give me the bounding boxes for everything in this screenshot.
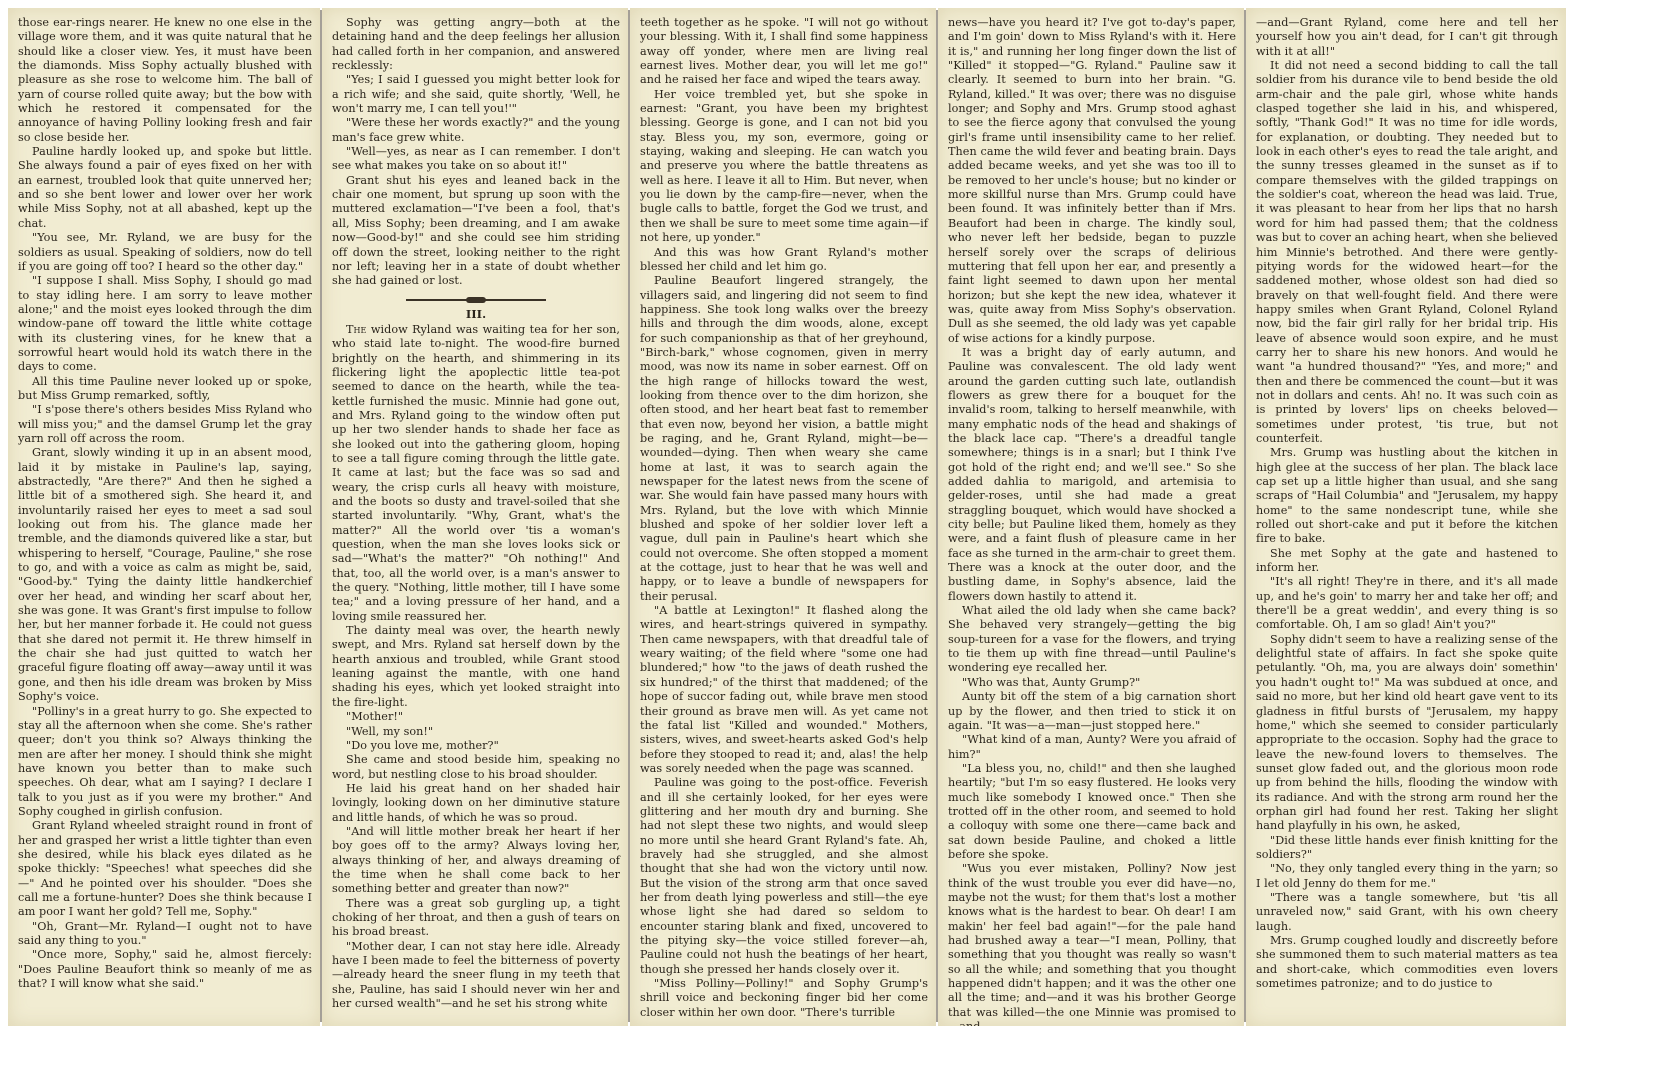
clipping-col-5: —and—Grant Ryland, come here and tell he… — [1246, 8, 1566, 1026]
paragraph-text: "Mother!" — [346, 710, 403, 723]
paragraph-text: "What kind of a man, Aunty? Were you afr… — [948, 733, 1236, 760]
paragraph-text: Her voice trembled yet, but she spoke in… — [640, 88, 928, 244]
paragraph-text: news—have you heard it? I've got to-day'… — [948, 16, 1236, 345]
paragraph: She came and stood beside him, speaking … — [332, 753, 620, 782]
paragraph: "Yes; I said I guessed you might better … — [332, 73, 620, 116]
column-divider — [1244, 10, 1246, 1022]
paragraph: "Wus you ever mistaken, Polliny? Now jes… — [948, 862, 1236, 1026]
paragraph: "Mother dear, I can not stay here idle. … — [332, 940, 620, 1012]
column-divider — [320, 10, 322, 1022]
paragraph: She met Sophy at the gate and hastened t… — [1256, 547, 1558, 576]
paragraph: —and—Grant Ryland, come here and tell he… — [1256, 16, 1558, 59]
paragraph-text: All this time Pauline never looked up or… — [18, 375, 312, 402]
paragraph: He laid his great hand on her shaded hai… — [332, 782, 620, 825]
paragraph: Pauline was going to the post-office. Fe… — [640, 776, 928, 977]
paragraph-text: Mrs. Grump coughed loudly and discreetly… — [1256, 934, 1558, 990]
paragraph: "There was a tangle somewhere, but 'tis … — [1256, 891, 1558, 934]
paragraph-text: Sophy was getting angry—both at the deta… — [332, 16, 620, 72]
paragraph: Grant Ryland wheeled straight round in f… — [18, 819, 312, 919]
paragraph-text: He laid his great hand on her shaded hai… — [332, 782, 620, 824]
section-rule — [406, 299, 546, 301]
paragraph-text: "I s'pose there's others besides Miss Ry… — [18, 403, 312, 445]
paragraph: What ailed the old lady when she came ba… — [948, 604, 1236, 676]
paragraph: "La bless you, no, child!" and then she … — [948, 762, 1236, 862]
paragraph-text: What ailed the old lady when she came ba… — [948, 604, 1236, 674]
paragraph: Mrs. Grump was hustling about the kitche… — [1256, 446, 1558, 546]
paragraph-text: Mrs. Grump was hustling about the kitche… — [1256, 446, 1558, 545]
paragraph-text: The dainty meal was over, the hearth new… — [332, 624, 620, 709]
column-2-text: Sophy was getting angry—both at the deta… — [332, 16, 620, 1026]
paragraph-text: "I suppose I shall. Miss Sophy, I should… — [18, 274, 312, 373]
paragraph-text: "Oh, Grant—Mr. Ryland—I ought not to hav… — [18, 920, 312, 947]
paragraph-text: "La bless you, no, child!" and then she … — [948, 762, 1236, 861]
paragraph-text: —and—Grant Ryland, come here and tell he… — [1256, 16, 1558, 58]
paragraph-text: Pauline Beaufort lingered strangely, the… — [640, 274, 928, 603]
clipping-col-3: teeth together as he spoke. "I will not … — [630, 8, 936, 1026]
paragraph-text: those ear-rings nearer. He knew no one e… — [18, 16, 312, 144]
column-4-text: news—have you heard it? I've got to-day'… — [948, 16, 1236, 1026]
paragraph-text: "Miss Polliny—Polliny!" and Sophy Grump'… — [640, 977, 928, 1019]
paragraph-text: "Once more, Sophy," said he, almost fier… — [18, 948, 312, 990]
paragraph: All this time Pauline never looked up or… — [18, 375, 312, 404]
column-divider — [936, 10, 938, 1022]
clipping-col-2: Sophy was getting angry—both at the deta… — [322, 8, 628, 1026]
column-1-text: those ear-rings nearer. He knew no one e… — [18, 16, 312, 1026]
paragraph-text: There was a great sob gurgling up, a tig… — [332, 897, 620, 939]
paragraph-text: "Mother dear, I can not stay here idle. … — [332, 940, 620, 1010]
paragraph: Sophy didn't seem to have a realizing se… — [1256, 633, 1558, 834]
paragraph: "No, they only tangled every thing in th… — [1256, 862, 1558, 891]
clipping-col-1: those ear-rings nearer. He knew no one e… — [8, 8, 320, 1026]
paragraph: "Well, my son!" — [332, 725, 620, 739]
paragraph: "It's all right! They're in there, and i… — [1256, 575, 1558, 632]
paragraph: Sophy was getting angry—both at the deta… — [332, 16, 620, 73]
paragraph-text: "Wus you ever mistaken, Polliny? Now jes… — [948, 862, 1236, 1026]
paragraph: "I s'pose there's others besides Miss Ry… — [18, 403, 312, 446]
paragraph-text: "There was a tangle somewhere, but 'tis … — [1256, 891, 1558, 933]
paragraph: Pauline Beaufort lingered strangely, the… — [640, 274, 928, 604]
paragraph-text: "Polliny's in a great hurry to go. She e… — [18, 705, 312, 818]
paragraph-text: "A battle at Lexington!" It flashed alon… — [640, 604, 928, 775]
paragraph-text: "Were these her words exactly?" and the … — [332, 116, 620, 143]
paragraph-text: Sophy didn't seem to have a realizing se… — [1256, 633, 1558, 832]
paragraph: "Who was that, Aunty Grump?" — [948, 676, 1236, 690]
paragraph: Aunty bit off the stem of a big carnatio… — [948, 690, 1236, 733]
paragraph-text: "Well—yes, as near as I can remember. I … — [332, 145, 620, 172]
paragraph: And this was how Grant Ryland's mother b… — [640, 246, 928, 275]
paragraph: "And will little mother break her heart … — [332, 825, 620, 897]
drop-lead-word: The — [346, 323, 366, 336]
paragraph: Grant shut his eyes and leaned back in t… — [332, 174, 620, 289]
paragraph: "Oh, Grant—Mr. Ryland—I ought not to hav… — [18, 920, 312, 949]
paragraph: those ear-rings nearer. He knew no one e… — [18, 16, 312, 145]
paragraph: "Well—yes, as near as I can remember. I … — [332, 145, 620, 174]
paragraph: news—have you heard it? I've got to-day'… — [948, 16, 1236, 346]
paragraph-text: It was a bright day of early autumn, and… — [948, 346, 1236, 603]
paragraph-text: "Do you love me, mother?" — [346, 739, 499, 752]
paragraph: "Did these little hands ever finish knit… — [1256, 834, 1558, 863]
paragraph-text: Pauline was going to the post-office. Fe… — [640, 776, 928, 975]
paragraph-text: "Well, my son!" — [346, 725, 433, 738]
paragraph: It did not need a second bidding to call… — [1256, 59, 1558, 446]
section-number: III. — [332, 307, 620, 321]
column-3-text: teeth together as he spoke. "I will not … — [640, 16, 928, 1026]
paragraph: Mrs. Grump coughed loudly and discreetly… — [1256, 934, 1558, 991]
paragraph-text: "Yes; I said I guessed you might better … — [332, 73, 620, 115]
column-divider — [628, 10, 630, 1022]
paragraph-text: She came and stood beside him, speaking … — [332, 753, 620, 780]
paragraph: teeth together as he spoke. "I will not … — [640, 16, 928, 88]
paragraph: "Once more, Sophy," said he, almost fier… — [18, 948, 312, 991]
paragraph-text: widow Ryland was waiting tea for her son… — [332, 323, 620, 623]
paragraph: Pauline hardly looked up, and spoke but … — [18, 145, 312, 231]
paragraph: Her voice trembled yet, but she spoke in… — [640, 88, 928, 246]
paragraph-text: "Did these little hands ever finish knit… — [1256, 834, 1558, 861]
paragraph: "You see, Mr. Ryland, we are busy for th… — [18, 231, 312, 274]
paragraph: It was a bright day of early autumn, and… — [948, 346, 1236, 604]
paragraph-text: "No, they only tangled every thing in th… — [1256, 862, 1558, 889]
paragraph: "Miss Polliny—Polliny!" and Sophy Grump'… — [640, 977, 928, 1020]
paragraph-text: "And will little mother break her heart … — [332, 825, 620, 895]
paragraph-text: Aunty bit off the stem of a big carnatio… — [948, 690, 1236, 732]
paragraph-text: teeth together as he spoke. "I will not … — [640, 16, 928, 86]
paragraph: The widow Ryland was waiting tea for her… — [332, 323, 620, 624]
paragraph-text: And this was how Grant Ryland's mother b… — [640, 246, 928, 273]
paragraph: Grant, slowly winding it up in an absent… — [18, 446, 312, 704]
paragraph-text: "Who was that, Aunty Grump?" — [962, 676, 1140, 689]
paragraph: "I suppose I shall. Miss Sophy, I should… — [18, 274, 312, 374]
paragraph: "Mother!" — [332, 710, 620, 724]
paragraph: "What kind of a man, Aunty? Were you afr… — [948, 733, 1236, 762]
paragraph: "A battle at Lexington!" It flashed alon… — [640, 604, 928, 776]
clipping-col-4: news—have you heard it? I've got to-day'… — [938, 8, 1244, 1026]
paragraph-text: Grant shut his eyes and leaned back in t… — [332, 174, 620, 287]
paragraph: "Do you love me, mother?" — [332, 739, 620, 753]
paragraph-text: Grant Ryland wheeled straight round in f… — [18, 819, 312, 918]
paragraph: "Polliny's in a great hurry to go. She e… — [18, 705, 312, 820]
paragraph: "Were these her words exactly?" and the … — [332, 116, 620, 145]
paragraph-text: "You see, Mr. Ryland, we are busy for th… — [18, 231, 312, 273]
paragraph: The dainty meal was over, the hearth new… — [332, 624, 620, 710]
paragraph-text: "It's all right! They're in there, and i… — [1256, 575, 1558, 631]
paragraph-text: Pauline hardly looked up, and spoke but … — [18, 145, 312, 230]
paragraph-text: It did not need a second bidding to call… — [1256, 59, 1558, 445]
column-5-text: —and—Grant Ryland, come here and tell he… — [1256, 16, 1558, 1026]
paragraph: There was a great sob gurgling up, a tig… — [332, 897, 620, 940]
paragraph-text: Grant, slowly winding it up in an absent… — [18, 446, 312, 703]
paragraph-text: She met Sophy at the gate and hastened t… — [1256, 547, 1558, 574]
